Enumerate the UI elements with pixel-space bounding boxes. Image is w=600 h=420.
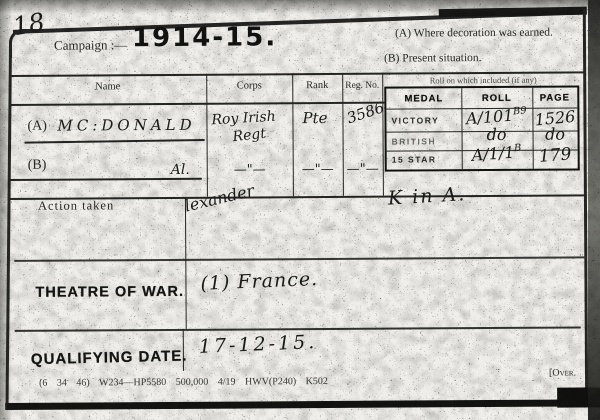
rule-action-bottom	[14, 256, 586, 261]
medal-roll-box: MEDAL ROLL PAGE VICTORY A/101B9 1526 BRI…	[384, 85, 580, 171]
card-border-top-thick-right	[439, 7, 587, 17]
row-b-prefix: (B)	[28, 158, 47, 174]
row-b-corps-ditto: —"—	[210, 162, 290, 177]
corner-mark: 18	[11, 7, 48, 41]
rule-header-bottom	[9, 102, 384, 106]
victory-roll-sup: B9	[513, 105, 527, 117]
qualifying-date-value: 17-12-15.	[198, 331, 317, 358]
medal-row-victory-label: VICTORY	[391, 115, 439, 125]
row-a-rank: Pte	[302, 109, 327, 127]
medal-col-header: MEDAL	[386, 93, 461, 104]
campaign-value: 1914-15.	[132, 22, 277, 53]
card-content: 18 Campaign :— 1914-15. (A) Where decora…	[0, 0, 600, 420]
star-roll-main: A/1/1	[471, 143, 515, 165]
action-taken-label: Action taken	[38, 198, 114, 213]
divider-rank-reg	[342, 73, 344, 196]
col-header-corps: Corps	[206, 80, 292, 92]
medal-row-british-label: BRITISH	[392, 136, 437, 146]
row-a-corps-line1: Roy Irish	[211, 109, 276, 129]
note-where-earned: (A) Where decoration was earned.	[329, 27, 553, 40]
divider-theatre	[185, 259, 187, 329]
british-roll-main: do	[487, 125, 507, 144]
col-header-rank: Rank	[292, 80, 342, 91]
card-border-right	[583, 9, 588, 403]
row-a-prefix: (A)	[27, 119, 47, 135]
rule-theatre-bottom	[15, 326, 581, 331]
note-present-situation: (B) Present situation.	[384, 52, 481, 65]
col-header-reg-no: Reg. No.	[340, 81, 384, 91]
theatre-of-war-label: THEATRE OF WAR.	[35, 284, 184, 301]
medal-row-star-roll: A/1/1B	[456, 141, 537, 166]
corner-blob-bottom-right	[557, 387, 600, 407]
divider-name-corps	[206, 74, 208, 197]
campaign-label: Campaign :—	[54, 37, 127, 53]
medal-index-card-scan: 18 Campaign :— 1914-15. (A) Where decora…	[0, 0, 600, 420]
divider-corps-rank	[292, 73, 294, 196]
row-a-name: MC:DONALD	[57, 116, 195, 135]
medal-row-star-label: 15 STAR	[392, 154, 437, 164]
row-a-name-underline	[25, 139, 205, 143]
action-taken-value: K in A.	[387, 183, 467, 210]
col-header-name: Name	[9, 81, 206, 93]
medal-row-british-page: do	[532, 124, 577, 143]
roll-section-header: Roll on which included (if any)	[384, 74, 582, 85]
theatre-of-war-value: (1) France.	[200, 268, 319, 295]
star-roll-sup: B	[514, 143, 522, 155]
over-label: [Over.	[549, 367, 576, 378]
printer-code: (6 34 46) W234—HP5580 500,000 4/19 HWV(P…	[39, 376, 328, 389]
row-b-underline	[10, 178, 202, 181]
row-b-name-note: Al.	[171, 162, 190, 178]
qualifying-date-label: QUALIFYING DATE.	[31, 347, 188, 368]
medal-row-star-page: 179	[532, 144, 578, 167]
card-border-bottom	[5, 399, 597, 409]
card-border-left	[6, 45, 12, 407]
row-b-rank-ditto: —"—	[295, 162, 341, 177]
page-col-header: PAGE	[532, 92, 577, 103]
roll-col-header: ROLL	[461, 93, 532, 104]
row-b-reg-ditto: —"—	[343, 162, 383, 177]
row-a-corps-line2: Regt	[232, 126, 267, 146]
row-b-name-overflow: lexander	[183, 181, 256, 216]
